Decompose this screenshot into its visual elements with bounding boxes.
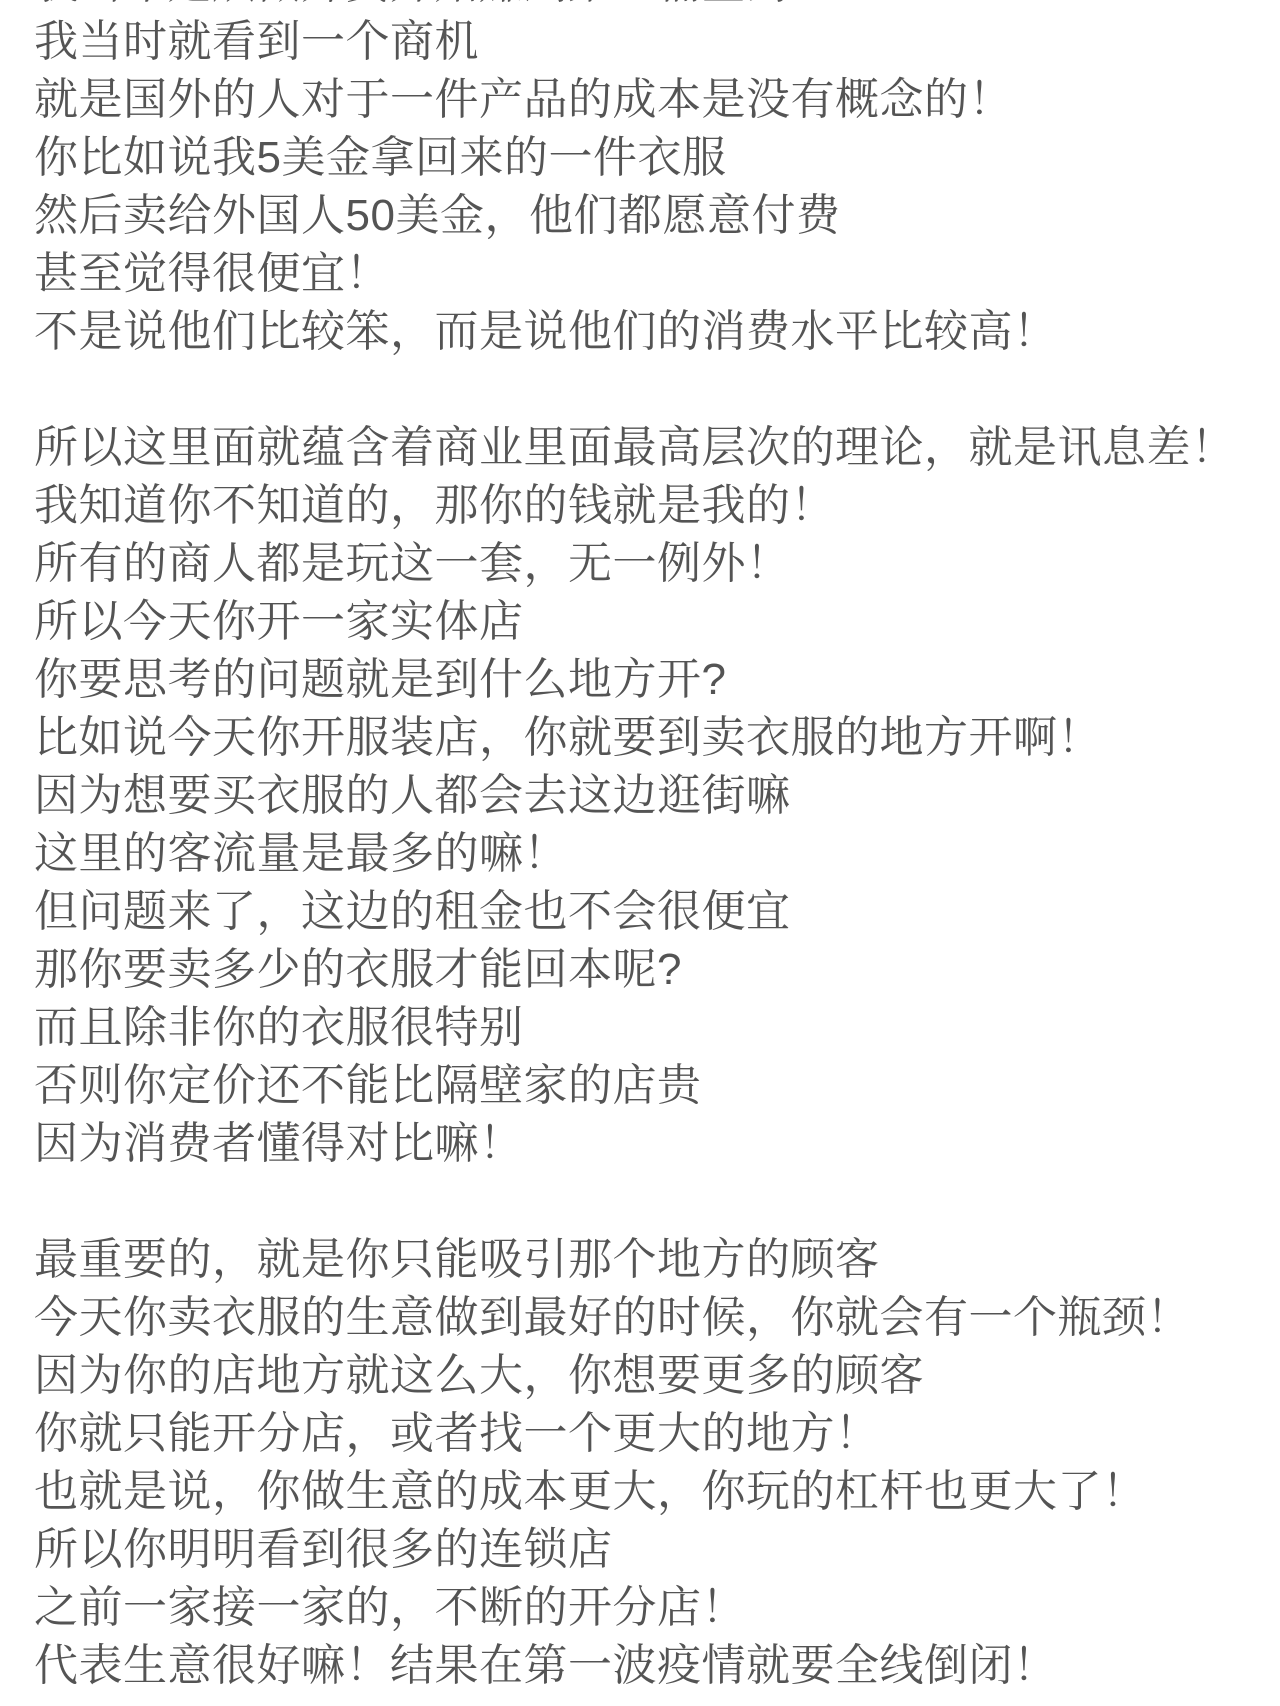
text-line: 我当时就看到一个商机 [34,13,1254,71]
article-text: 我当年是从做外贸开始赚到第一桶金的！我当时就看到一个商机就是国外的人对于一件产品… [0,0,1280,1695]
text-line: 代表生意很好嘛！结果在第一波疫情就要全线倒闭！ [34,1637,1254,1695]
text-line: 不是说他们比较笨，而是说他们的消费水平比较高！ [34,303,1254,361]
text-line: 然后卖给外国人50美金，他们都愿意付费 [34,187,1254,245]
text-line: 也就是说，你做生意的成本更大，你玩的杠杆也更大了！ [34,1463,1254,1521]
text-line: 你就只能开分店，或者找一个更大的地方！ [34,1405,1254,1463]
text-line: 你要思考的问题就是到什么地方开? [34,651,1254,709]
text-line: 今天你卖衣服的生意做到最好的时候，你就会有一个瓶颈！ [34,1289,1254,1347]
blank-line [34,1173,1254,1231]
text-line: 这里的客流量是最多的嘛！ [34,825,1254,883]
text-line: 因为消费者懂得对比嘛！ [34,1115,1254,1173]
text-line: 所以这里面就蕴含着商业里面最高层次的理论，就是讯息差！ [34,419,1254,477]
text-line: 最重要的，就是你只能吸引那个地方的顾客 [34,1231,1254,1289]
text-line: 所有的商人都是玩这一套，无一例外！ [34,535,1254,593]
text-line: 因为你的店地方就这么大，你想要更多的顾客 [34,1347,1254,1405]
blank-line [34,361,1254,419]
text-line: 比如说今天你开服装店，你就要到卖衣服的地方开啊！ [34,709,1254,767]
note-page: 我当年是从做外贸开始赚到第一桶金的！我当时就看到一个商机就是国外的人对于一件产品… [0,0,1280,1706]
text-line: 那你要卖多少的衣服才能回本呢? [34,941,1254,999]
text-line: 因为想要买衣服的人都会去这边逛街嘛 [34,767,1254,825]
text-line: 而且除非你的衣服很特别 [34,999,1254,1057]
text-line: 所以你明明看到很多的连锁店 [34,1521,1254,1579]
text-line: 甚至觉得很便宜！ [34,245,1254,303]
text-line: 之前一家接一家的，不断的开分店！ [34,1579,1254,1637]
text-line: 所以今天你开一家实体店 [34,593,1254,651]
text-line: 否则你定价还不能比隔壁家的店贵 [34,1057,1254,1115]
text-line-clipped-top: 我当年是从做外贸开始赚到第一桶金的！ [34,0,1254,13]
text-line: 但问题来了，这边的租金也不会很便宜 [34,883,1254,941]
text-line: 就是国外的人对于一件产品的成本是没有概念的！ [34,71,1254,129]
text-line: 我知道你不知道的，那你的钱就是我的！ [34,477,1254,535]
text-line: 你比如说我5美金拿回来的一件衣服 [34,129,1254,187]
